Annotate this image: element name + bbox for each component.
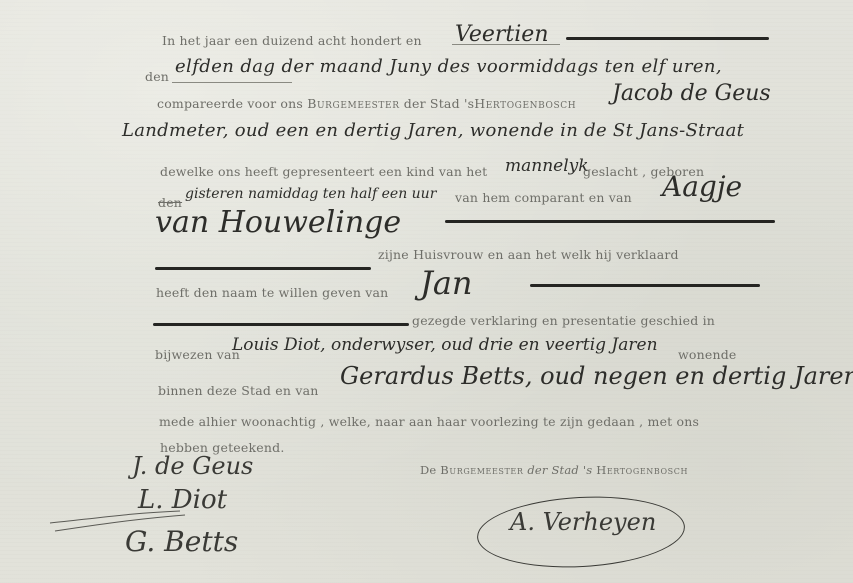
printed-line-year: In het jaar een duizend acht hondert en bbox=[162, 33, 422, 48]
printed-compareerde: compareerde voor ons Burgemeester der St… bbox=[157, 96, 576, 111]
handwritten-witness-1: Louis Diot, onderwyser, oud drie en veer… bbox=[232, 335, 658, 355]
signature-mayor: A. Verheyen bbox=[510, 508, 656, 536]
printed-van-hem: van hem comparant en van bbox=[455, 190, 632, 205]
printed-den: den bbox=[145, 69, 169, 84]
fill-rule bbox=[155, 267, 371, 270]
handwritten-father-name: Jacob de Geus bbox=[612, 81, 771, 106]
fill-rule bbox=[445, 220, 775, 223]
underline bbox=[172, 82, 292, 83]
signature-witness-1: J. de Geus bbox=[132, 452, 253, 480]
handwritten-father-details: Landmeter, oud een en dertig Jaren, wone… bbox=[122, 120, 744, 141]
printed-bijwezen: bijwezen van bbox=[155, 347, 240, 362]
printed-gezegde: gezegde verklaring en presentatie geschi… bbox=[412, 313, 715, 328]
printed-binnen: binnen deze Stad en van bbox=[158, 383, 318, 398]
printed-mede-alhier: mede alhier woonachtig , welke, naar aan… bbox=[159, 414, 699, 429]
printed-wonende: wonende bbox=[678, 347, 737, 362]
handwritten-witness-2: Gerardus Betts, oud negen en dertig Jare… bbox=[340, 362, 853, 390]
underline bbox=[452, 44, 560, 45]
handwritten-date-time: elfden dag der maand Juny des voormiddag… bbox=[175, 56, 722, 77]
handwritten-mother-firstname: Aagje bbox=[662, 170, 742, 203]
handwritten-sex: mannelyk bbox=[505, 156, 589, 176]
handwritten-birth-time: gisteren namiddag ten half een uur bbox=[185, 186, 436, 202]
handwritten-child-name: Jan bbox=[420, 264, 473, 302]
fill-rule bbox=[153, 323, 409, 326]
fill-rule bbox=[530, 284, 760, 287]
fill-rule bbox=[566, 37, 769, 40]
civil-record-page: In het jaar een duizend acht hondert en … bbox=[0, 0, 853, 583]
printed-zijne-huisvrouw: zijne Huisvrouw en aan het welk hij verk… bbox=[378, 247, 679, 262]
printed-dewelke: dewelke ons heeft gepresenteert een kind… bbox=[160, 164, 487, 179]
mayor-caption: De Burgemeester der Stad 's Hertogenbosc… bbox=[420, 463, 688, 477]
handwritten-mother-surname: van Houwelinge bbox=[155, 205, 401, 240]
signature-witness-3: G. Betts bbox=[125, 525, 238, 558]
printed-naam: heeft den naam te willen geven van bbox=[156, 285, 388, 300]
